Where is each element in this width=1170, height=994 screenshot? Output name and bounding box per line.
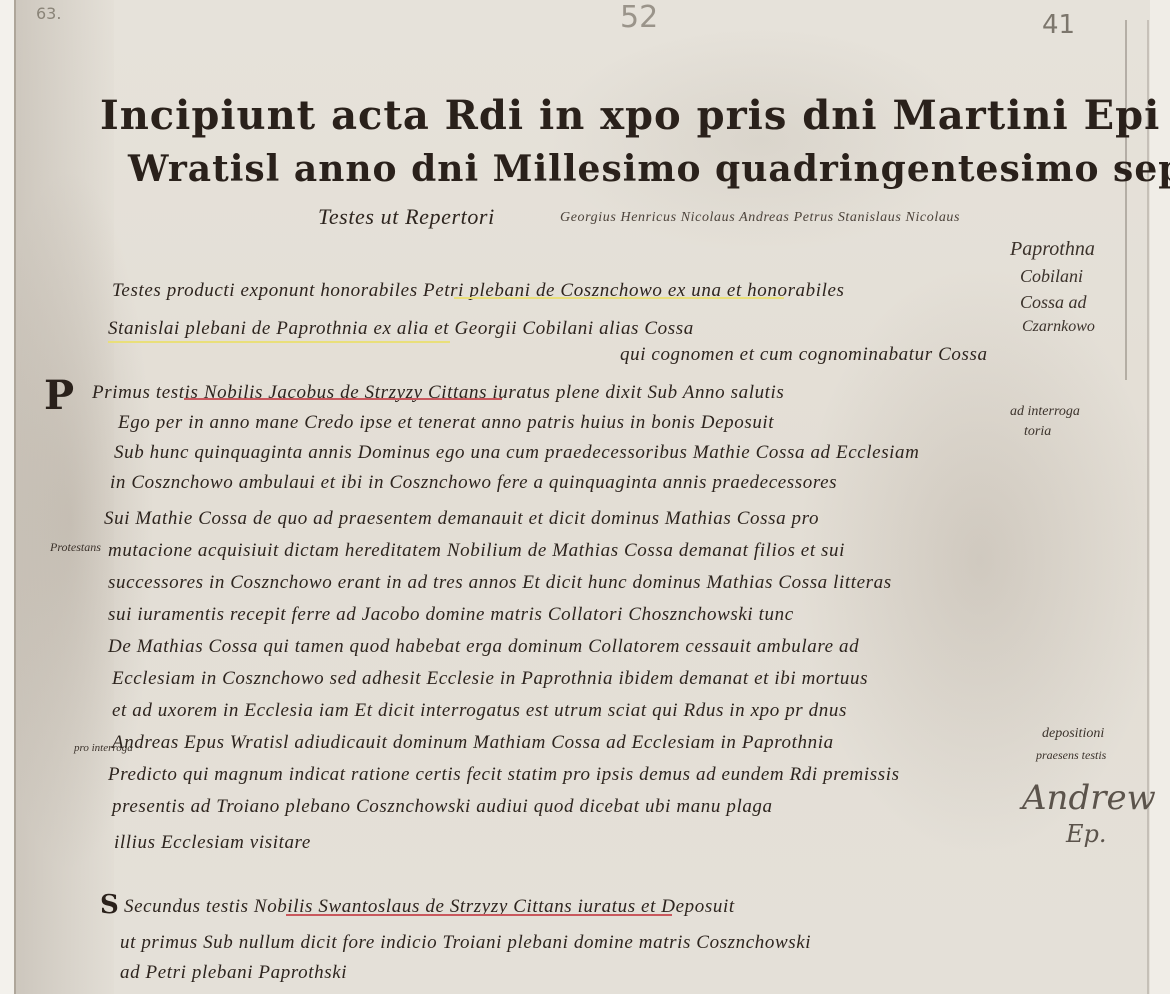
manuscript-page: 63. 52 41 Incipiunt acta Rdi in xpo pris… [0, 0, 1170, 994]
p2-line-13: Predicto qui magnum indicat ratione cert… [108, 764, 900, 786]
folio-number-left: 63. [36, 4, 61, 23]
p3-line-2: ut primus Sub nullum dicit fore indicio … [120, 932, 811, 954]
margin-note-left-protestans: Protestans [50, 540, 101, 555]
margin-note-depositioni: depositioni [1042, 726, 1104, 742]
p1-line-3: qui cognomen et cum cognominabatur Cossa [620, 344, 988, 366]
p2-line-8: sui iuramentis recepit ferre ad Jacobo d… [108, 604, 794, 626]
p2-line-10: Ecclesiam in Cosznchowo sed adhesit Eccl… [112, 668, 868, 690]
subheading-names: Georgius Henricus Nicolaus Andreas Petru… [560, 210, 960, 226]
heading-line-1: Incipiunt acta Rdi in xpo pris dni Marti… [100, 92, 1160, 139]
p3-line-3: ad Petri plebani Paprothski [120, 962, 347, 984]
p2-line-9: De Mathias Cossa qui tamen quod habebat … [108, 636, 859, 658]
margin-note-ad-interroga: ad interroga [1010, 404, 1080, 420]
margin-note-paprothna: Paprothna [1010, 238, 1095, 261]
folio-number-right: 41 [1042, 10, 1075, 40]
p2-line-7: successores in Cosznchowo erant in ad tr… [108, 572, 892, 594]
p2-line-14: presentis ad Troiano plebano Cosznchowsk… [112, 796, 773, 818]
margin-note-cobilani: Cobilani [1020, 266, 1083, 287]
drop-cap-s: S [100, 890, 119, 920]
drop-cap-p: P [44, 372, 74, 419]
p2-line-6: mutacione acquisiuit dictam hereditatem … [108, 540, 845, 562]
p2-line-1: Primus testis Nobilis Jacobus de Strzyzy… [92, 382, 784, 404]
p2-line-5: Sui Mathie Cossa de quo ad praesentem de… [104, 508, 819, 530]
highlight-petri [454, 297, 784, 299]
subheading-label: Testes ut Repertori [318, 204, 495, 230]
p2-line-4: in Cosznchowo ambulaui et ibi in Cosznch… [110, 472, 837, 494]
highlight-stanislai [108, 341, 450, 343]
margin-note-left-interroga: pro interroga [74, 742, 133, 754]
signature-title: Ep. [1066, 820, 1107, 848]
folio-number-center: 52 [620, 0, 658, 35]
p2-line-2: Ego per in anno mane Credo ipse et tener… [118, 412, 774, 434]
margin-note-praesens-testis: praesens testis [1036, 748, 1106, 763]
p2-line-15: illius Ecclesiam visitare [114, 832, 311, 854]
p2-line-12: Andreas Epus Wratisl adiudicauit dominum… [112, 732, 834, 754]
margin-note-toria: toria [1024, 424, 1051, 440]
heading-line-2: Wratisl anno dni Millesimo quadringentes… [128, 148, 1170, 190]
p2-line-3: Sub hunc quinquaginta annis Dominus ego … [114, 442, 919, 464]
signature-name: Andrew [1022, 778, 1156, 818]
gutter-stain [14, 0, 114, 994]
highlight-swantoslaus [286, 914, 672, 916]
margin-note-czarnkowo: Czarnkowo [1022, 318, 1095, 336]
margin-note-cossa: Cossa ad [1020, 292, 1087, 313]
margin-rule [1125, 20, 1127, 380]
highlight-jacobus [184, 398, 502, 400]
p1-line-2: Stanislai plebani de Paprothnia ex alia … [108, 318, 694, 340]
p2-line-11: et ad uxorem in Ecclesia iam Et dicit in… [112, 700, 847, 722]
